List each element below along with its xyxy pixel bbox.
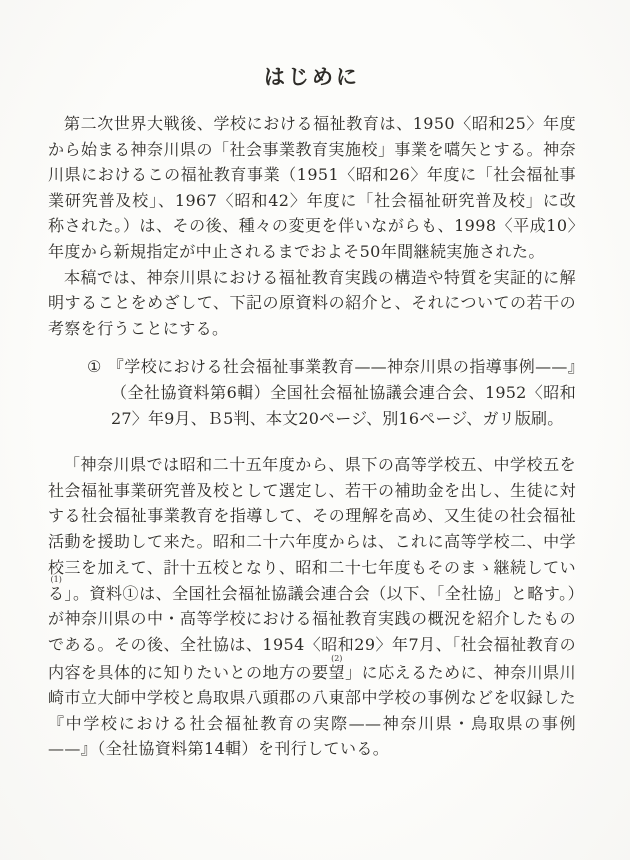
footnote-1-base-char: る [48, 584, 65, 603]
list-item-number: ① [87, 357, 108, 376]
paragraph-quote-and-commentary: 「神奈川県では昭和二十五年度から、県下の高等学校五、中学校五を社会福祉事業研究普… [48, 452, 576, 762]
footnote-ref-2: 望(2) [329, 663, 346, 682]
paragraph-purpose: 本稿では、神奈川県における福祉教育実践の構造や特質を実証的に解明することをめざし… [48, 265, 576, 342]
footnote-ref-1: る(1) [48, 584, 65, 603]
page-title: はじめに [48, 62, 576, 92]
footnote-1-marker: (1) [48, 575, 64, 584]
quote-text-part1: 「神奈川県では昭和二十五年度から、県下の高等学校五、中学校五を社会福祉事業研究普… [48, 455, 576, 576]
scanned-document-page: はじめに 第二次世界大戦後、学校における福祉教育は、1950〈昭和25〉年度から… [0, 0, 630, 860]
source-list-item: ①『学校における社会福祉事業教育——神奈川県の指導事例——』（全社協資料第6輯）… [111, 354, 576, 431]
document-body: 第二次世界大戦後、学校における福祉教育は、1950〈昭和25〉年度から始まる神奈… [48, 111, 576, 762]
footnote-2-marker: (2) [329, 654, 345, 663]
footnote-2-base-char: 望 [329, 663, 346, 682]
paragraph-intro-history: 第二次世界大戦後、学校における福祉教育は、1950〈昭和25〉年度から始まる神奈… [48, 111, 576, 265]
source-citation-text: 『学校における社会福祉事業教育——神奈川県の指導事例——』（全社協資料第6輯）全… [108, 357, 576, 427]
